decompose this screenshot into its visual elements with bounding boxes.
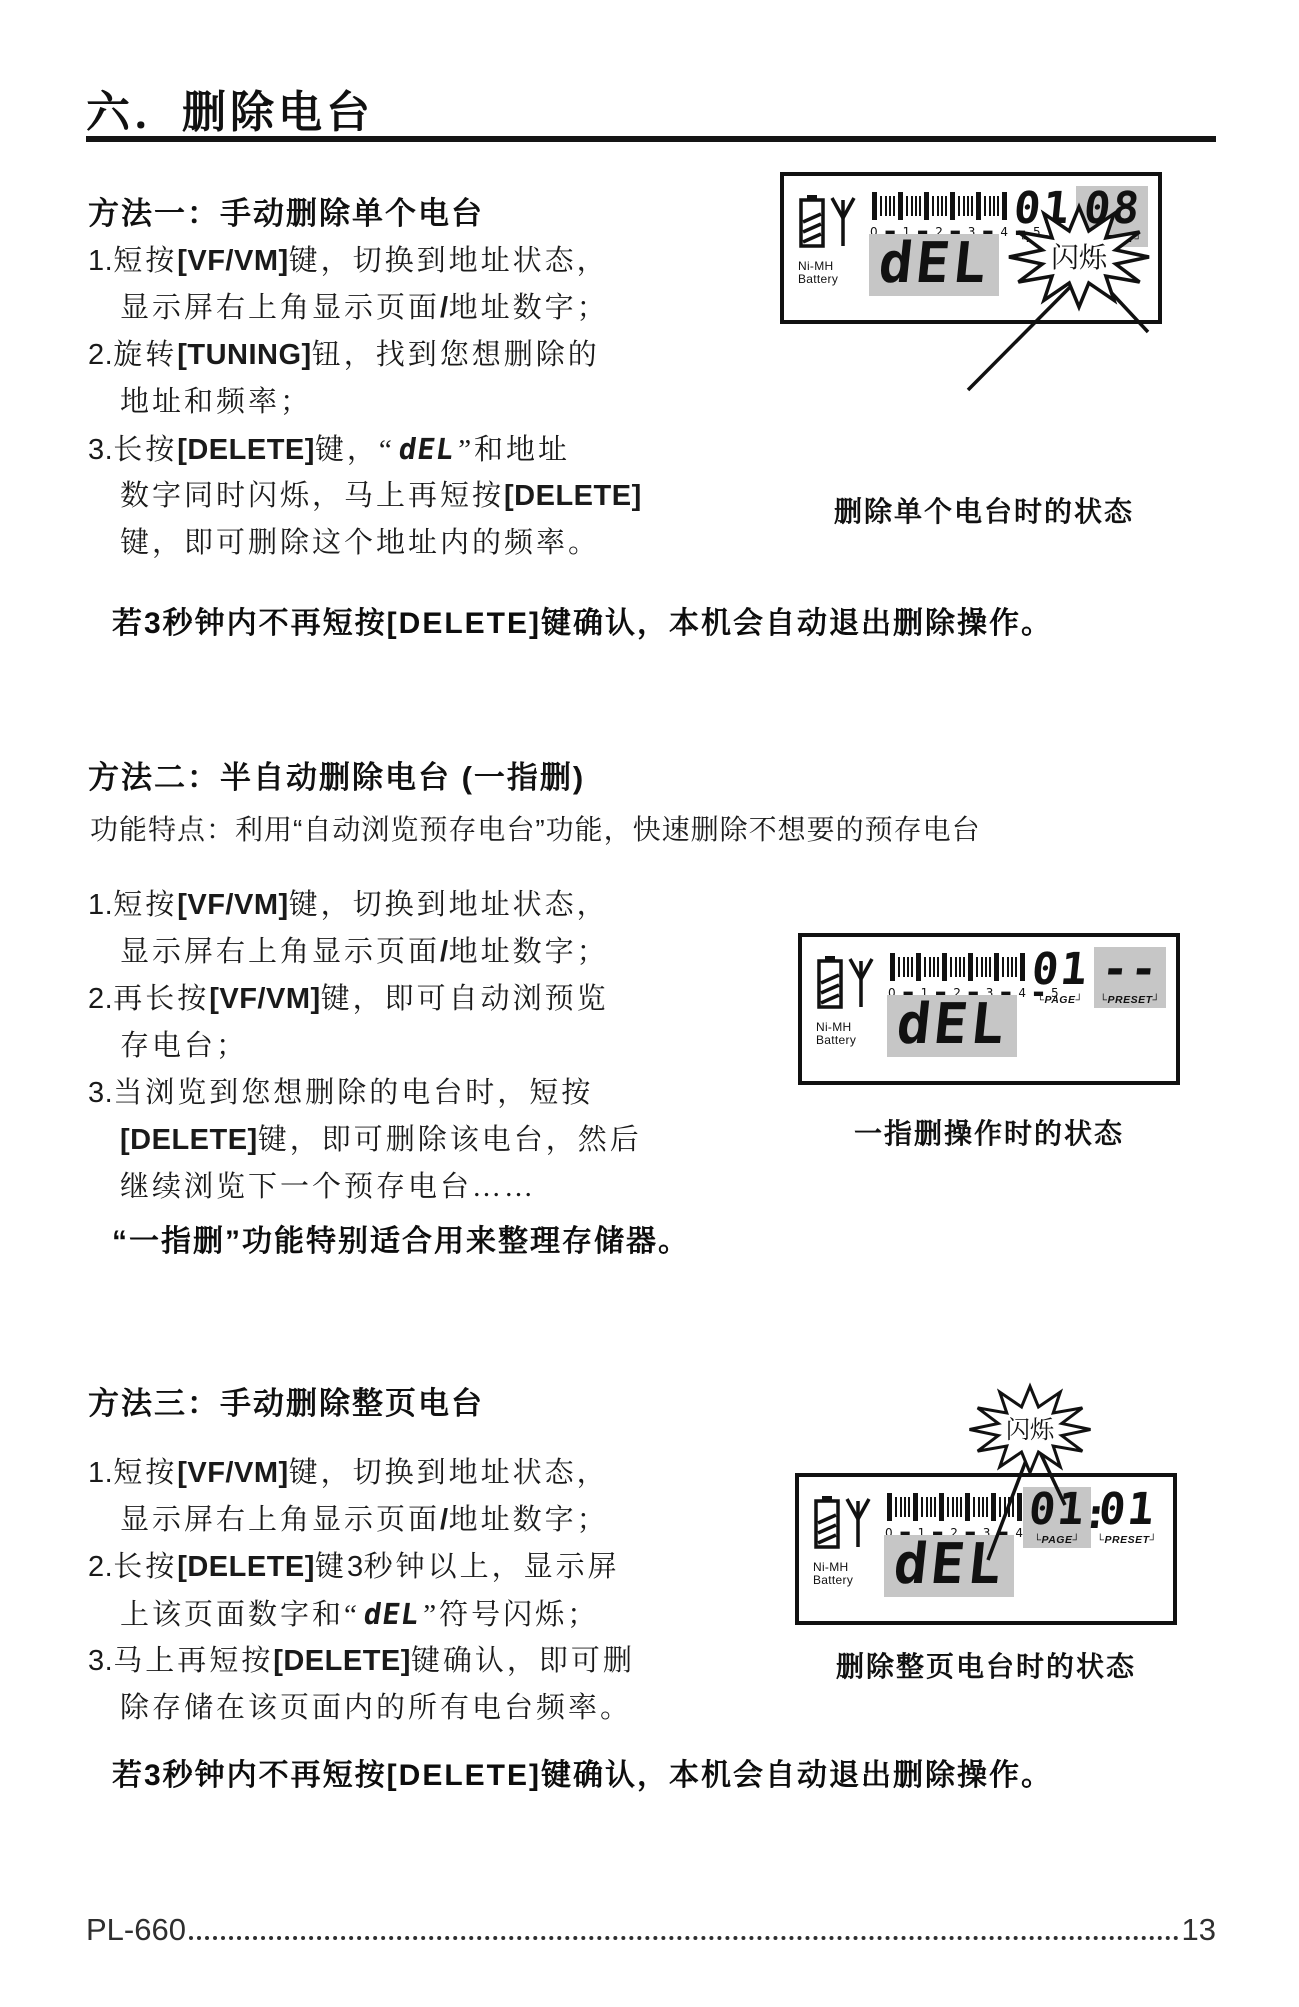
figure-delete-page: 闪烁 Ni-MH Battery xyxy=(740,1370,1195,1700)
section-3-heading: 方法三：手动删除整页电台 xyxy=(88,1378,484,1423)
battery-label: Ni-MH Battery xyxy=(798,260,838,286)
del-indicator: dEL xyxy=(869,234,999,296)
step-line: 上该页面数字和“dEL”符号闪烁； xyxy=(88,1591,635,1638)
step-line: 1.短按[VF/VM]键，切换到地址状态， xyxy=(88,238,642,285)
step-line: 存电台； xyxy=(88,1023,642,1070)
signal-meter-icon xyxy=(872,192,1008,222)
section-2-note: “一指删”功能特别适合用来整理存储器。 xyxy=(112,1216,690,1260)
section-1-steps: 1.短按[VF/VM]键，切换到地址状态， 显示屏右上角显示页面/地址数字； 2… xyxy=(88,238,642,567)
del-indicator: dEL xyxy=(884,1535,1014,1597)
battery-antenna-icon xyxy=(813,1493,877,1555)
section-1-note: 若3秒钟内不再短按[DELETE]键确认，本机会自动退出删除操作。 xyxy=(112,598,1053,642)
signal-meter-icon xyxy=(887,1493,1023,1523)
step-line: [DELETE]键，即可删除该电台，然后 xyxy=(88,1117,642,1164)
battery-antenna-icon xyxy=(798,192,862,254)
step-line: 继续浏览下一个预存电台…… xyxy=(88,1164,642,1211)
step-line: 2.再长按[VF/VM]键，即可自动浏预览 xyxy=(88,976,642,1023)
section-2-steps: 1.短按[VF/VM]键，切换到地址状态， 显示屏右上角显示页面/地址数字； 2… xyxy=(88,882,642,1211)
battery-antenna-icon xyxy=(816,953,880,1015)
step-line: 地址和频率； xyxy=(88,379,642,426)
step-line: 3.马上再短按[DELETE]键确认，即可删 xyxy=(88,1638,635,1685)
step-line: 显示屏右上角显示页面/地址数字； xyxy=(88,929,642,976)
lcd-display: Ni-MH Battery 0 ▬ 1 ▬ 2 ▬ 3 ▬ 4 ▬ 5 01 └… xyxy=(795,1473,1177,1625)
signal-meter-icon xyxy=(890,953,1026,983)
battery-label: Ni-MH Battery xyxy=(813,1561,853,1587)
section-1-heading: 方法一：手动删除单个电台 xyxy=(88,188,484,233)
page-digits: 01 └PAGE┘ xyxy=(1023,1487,1091,1548)
dotted-leader xyxy=(189,1936,1179,1940)
figure-caption: 删除单个电台时的状态 xyxy=(793,490,1175,530)
step-line: 3.长按[DELETE]键，“dEL”和地址 xyxy=(88,426,642,473)
section-3-note: 若3秒钟内不再短按[DELETE]键确认，本机会自动退出删除操作。 xyxy=(112,1750,1053,1794)
section-2-heading: 方法二：半自动删除电台 (一指删) xyxy=(88,752,585,797)
del-indicator: dEL xyxy=(887,995,1017,1057)
lcd-display: Ni-MH Battery 0 ▬ 1 ▬ 2 ▬ 3 ▬ 4 ▬ 5 01 └… xyxy=(798,933,1180,1085)
figure-caption: 删除整页电台时的状态 xyxy=(795,1645,1177,1685)
step-line: 2.长按[DELETE]键3秒钟以上，显示屏 xyxy=(88,1544,635,1591)
title-rule xyxy=(86,136,1216,142)
page-footer: PL-660 13 xyxy=(86,1912,1216,1948)
step-line: 1.短按[VF/VM]键，切换到地址状态， xyxy=(88,1450,635,1497)
flash-burst: 闪烁 xyxy=(1004,202,1154,317)
footer-page-number: 13 xyxy=(1182,1912,1216,1948)
section-2-subtitle: 功能特点：利用“自动浏览预存电台”功能，快速删除不想要的预存电台 xyxy=(90,808,981,848)
step-line: 除存储在该页面内的所有电台频率。 xyxy=(88,1685,635,1732)
page-label: └PAGE┘ xyxy=(1026,1534,1088,1546)
flash-label: 闪烁 xyxy=(1006,1417,1055,1444)
page-preset-colon: : xyxy=(1080,1489,1110,1538)
page-digits: 01 └PAGE┘ xyxy=(1026,947,1094,1008)
footer-model: PL-660 xyxy=(86,1912,186,1948)
preset-digits: -- └PRESET┘ xyxy=(1094,947,1166,1008)
step-line: 显示屏右上角显示页面/地址数字； xyxy=(88,1497,635,1544)
manual-page: 六．删除电台 方法一：手动删除单个电台 1.短按[VF/VM]键，切换到地址状态… xyxy=(0,0,1299,2007)
figure-caption: 一指删操作时的状态 xyxy=(798,1112,1180,1152)
page-title: 六．删除电台 xyxy=(86,76,374,140)
step-line: 键，即可删除这个地址内的频率。 xyxy=(88,520,642,567)
flash-label: 闪烁 xyxy=(1051,242,1108,273)
figure-delete-single-station: 闪烁 Ni-MH Battery xyxy=(780,172,1200,542)
preset-label: └PRESET┘ xyxy=(1097,994,1163,1006)
step-line: 3.当浏览到您想删除的电台时，短按 xyxy=(88,1070,642,1117)
page-label: └PAGE┘ xyxy=(1029,994,1091,1006)
step-line: 数字同时闪烁，马上再短按[DELETE] xyxy=(88,473,642,520)
battery-label: Ni-MH Battery xyxy=(816,1021,856,1047)
flash-burst: 闪烁 xyxy=(965,1382,1095,1482)
figure-one-touch-delete: Ni-MH Battery 0 ▬ 1 ▬ 2 ▬ 3 ▬ 4 ▬ 5 01 └… xyxy=(770,928,1195,1158)
section-3-steps: 1.短按[VF/VM]键，切换到地址状态， 显示屏右上角显示页面/地址数字； 2… xyxy=(88,1450,635,1732)
step-line: 2.旋转[TUNING]钮，找到您想删除的 xyxy=(88,332,642,379)
step-line: 1.短按[VF/VM]键，切换到地址状态， xyxy=(88,882,642,929)
step-line: 显示屏右上角显示页面/地址数字； xyxy=(88,285,642,332)
